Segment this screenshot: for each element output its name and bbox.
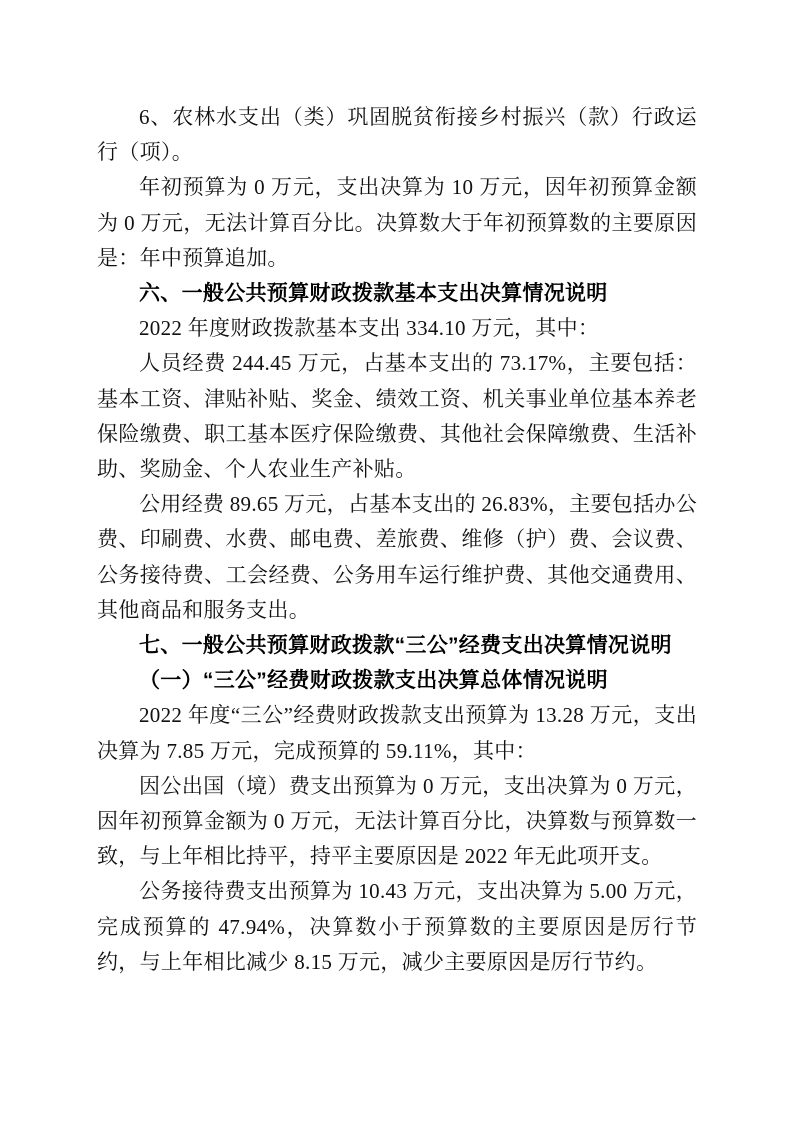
- section-heading: 七、一般公共预算财政拨款“三公”经费支出决算情况说明: [97, 628, 697, 663]
- body-paragraph: 6、农林水支出（类）巩固脱贫衔接乡村振兴（款）行政运行（项）。: [97, 100, 697, 170]
- body-paragraph: 2022 年度“三公”经费财政拨款支出预算为 13.28 万元，支出决算为 7.…: [97, 698, 697, 768]
- body-paragraph: 2022 年度财政拨款基本支出 334.10 万元，其中：: [97, 311, 697, 346]
- body-paragraph: 人员经费 244.45 万元，占基本支出的 73.17%，主要包括：基本工资、津…: [97, 346, 697, 487]
- body-paragraph: 公用经费 89.65 万元，占基本支出的 26.83%，主要包括办公费、印刷费、…: [97, 487, 697, 628]
- section-heading: 六、一般公共预算财政拨款基本支出决算情况说明: [97, 276, 697, 311]
- document-content: 6、农林水支出（类）巩固脱贫衔接乡村振兴（款）行政运行（项）。年初预算为 0 万…: [97, 100, 697, 980]
- section-heading: （一）“三公”经费财政拨款支出决算总体情况说明: [97, 663, 697, 698]
- body-paragraph: 因公出国（境）费支出预算为 0 万元，支出决算为 0 万元，因年初预算金额为 0…: [97, 769, 697, 875]
- body-paragraph: 年初预算为 0 万元，支出决算为 10 万元，因年初预算金额为 0 万元，无法计…: [97, 170, 697, 276]
- document-page: 6、农林水支出（类）巩固脱贫衔接乡村振兴（款）行政运行（项）。年初预算为 0 万…: [0, 0, 793, 1122]
- body-paragraph: 公务接待费支出预算为 10.43 万元，支出决算为 5.00 万元，完成预算的 …: [97, 874, 697, 980]
